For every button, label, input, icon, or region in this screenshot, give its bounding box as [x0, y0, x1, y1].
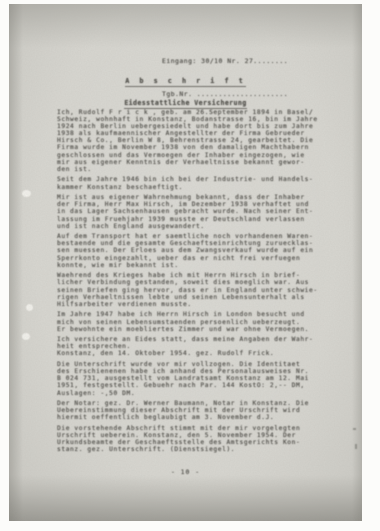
text-line: Uebereinstimmung dieser Abschrift mit de… — [57, 407, 339, 414]
text-line: Der Notar: gez. Dr. Werner Baumann, Nota… — [57, 400, 339, 407]
body-text: Ich, Rudolf F r i c k , geb. am 26.Septe… — [57, 109, 339, 457]
paper-sheet: Eingang: 30/10 Nr. 27........ Tgb.Nr. ..… — [9, 4, 362, 521]
text-line: des Erschienenen habe ich anhand des Per… — [57, 368, 339, 375]
heading-block: A b s c h r i f t Eidesstattliche Versic… — [9, 68, 362, 109]
paragraph: Die Unterschrift wurde vor mir vollzogen… — [57, 361, 339, 396]
text-line: stanz. gez. Unterschrift. (Dienstsiegel)… — [57, 446, 339, 453]
text-line: Im Jahre 1947 habe ich Herrn Hirsch in L… — [57, 311, 339, 318]
scanned-document-view: Eingang: 30/10 Nr. 27........ Tgb.Nr. ..… — [0, 0, 380, 531]
text-line: Urschrift ueberein. Konstanz, den 5. Nov… — [57, 432, 339, 439]
text-line: Die vorstehende Abschrift stimmt mit der… — [57, 425, 339, 432]
page-number: - 10 - — [9, 468, 362, 476]
text-line: Auslagen: -,50 DM. — [57, 390, 339, 397]
scan-artifact — [353, 428, 356, 430]
paragraph: Auf dem Transport hat er saemtliche noch… — [57, 233, 339, 268]
text-line: Hirsch & Co., Berlin W 8, Behrenstrasse … — [57, 137, 339, 144]
text-line: 1924 nach Berlin uebergesiedelt und habe… — [57, 123, 339, 130]
paragraph: Der Notar: gez. Dr. Werner Baumann, Nota… — [57, 400, 339, 421]
text-line: den ist. — [57, 166, 339, 173]
text-line: Schweiz, wohnhaft in Konstanz, Bodanstra… — [57, 116, 339, 123]
text-line: heit entsprechen. — [57, 343, 339, 350]
text-line: Mir ist aus eigener Wahrnehmung bekannt,… — [57, 194, 339, 201]
hole-punch — [22, 190, 31, 197]
text-line: mir aus eigener Kenntnis der Verhaeltnis… — [57, 159, 339, 166]
text-line: B 024 731, ausgestellt vom Landratsamt K… — [57, 375, 339, 382]
text-line: konnte, wie mir bekannt ist. — [57, 262, 339, 269]
paragraph: Waehrend des Krieges habe ich mit Herrn … — [57, 272, 339, 307]
text-line: kammer Konstanz beschaeftigt. — [57, 184, 339, 191]
text-line: Auf dem Transport hat er saemtliche noch… — [57, 233, 339, 240]
text-line: in das Lager Sachsenhausen gebracht wurd… — [57, 208, 339, 215]
text-line: Konstanz, den 14. Oktober 1954. gez. Rud… — [57, 350, 339, 357]
text-line: seinen Briefen ging hervor, dass er in E… — [57, 287, 339, 294]
document-title: A b s c h r i f t — [125, 77, 246, 87]
scan-artifact — [355, 444, 357, 449]
paragraph: Im Jahre 1947 habe ich Herrn Hirsch in L… — [57, 311, 339, 332]
text-line: lassung im Fruehjahr 1939 musste er Deut… — [57, 216, 339, 223]
text-line: licher Verbindung gestanden, soweit dies… — [57, 279, 339, 286]
text-line: Er bewohnte ein moebliertes Zimmer und w… — [57, 326, 339, 333]
text-line: Urkundsbeamte der Geschaeftsstelle des A… — [57, 439, 339, 446]
text-line: bestaende und die gesamte Geschaeftseinr… — [57, 240, 339, 247]
paragraph: Ich, Rudolf F r i c k , geb. am 26.Septe… — [57, 109, 339, 173]
paragraph: Seit dem Jahre 1946 bin ich bei der Indu… — [57, 176, 339, 190]
document-subtitle: Eidesstattliche Versicherung — [124, 99, 246, 109]
text-line: und ist nach England ausgewandert. — [57, 223, 339, 230]
text-line: Waehrend des Krieges habe ich mit Herrn … — [57, 272, 339, 279]
paragraph: Die vorstehende Abschrift stimmt mit der… — [57, 425, 339, 453]
text-line: hiermit oeffentlich beglaubigt am 3. Nov… — [57, 414, 339, 421]
paragraph: Mir ist aus eigener Wahrnehmung bekannt,… — [57, 194, 339, 229]
text-line: sen muessen. Der Erloes aus dem Zwangsve… — [57, 247, 339, 254]
text-line: rigen Verhaeltnissen lebte und seinen Le… — [57, 294, 339, 301]
text-line: Hilfsarbeiter verdienen musste. — [57, 301, 339, 308]
text-line: Firma wurde im November 1938 von den dam… — [57, 144, 339, 151]
text-line: der Firma, Herr Max Hirsch, im Dezember … — [57, 201, 339, 208]
text-line: Seit dem Jahre 1946 bin ich bei der Indu… — [57, 176, 339, 183]
text-line: 1938 als kaufmaennischer Angestellter de… — [57, 130, 339, 137]
text-line: geschlossen und das Vermoegen der Inhabe… — [57, 152, 339, 159]
hole-punch — [26, 304, 33, 311]
paragraph: Ich versichere an Eides statt, dass mein… — [57, 336, 339, 357]
text-line: Die Unterschrift wurde vor mir vollzogen… — [57, 361, 339, 368]
text-line: Sperrkonto eingezahlt, ueber das er nich… — [57, 255, 339, 262]
text-line: mich von seinen Lebensumstaenden persoen… — [57, 319, 339, 326]
stamp-line-entry: Eingang: 30/10 Nr. 27........ — [162, 56, 288, 67]
text-line: Ich versichere an Eides statt, dass mein… — [57, 336, 339, 343]
text-line: Ich, Rudolf F r i c k , geb. am 26.Septe… — [57, 109, 339, 116]
text-line: 1951, festgestellt. Gebuehr nach Par. 14… — [57, 382, 339, 389]
hole-punch — [22, 333, 30, 340]
